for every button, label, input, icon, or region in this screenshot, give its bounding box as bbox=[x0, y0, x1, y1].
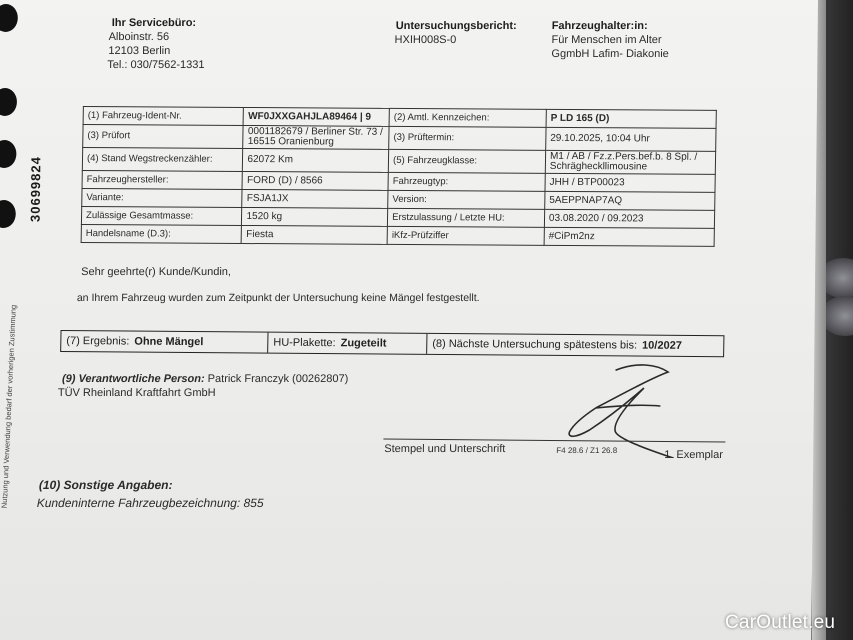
next-inspection-value: 10/2027 bbox=[642, 340, 682, 352]
signature-scribble bbox=[555, 358, 736, 458]
table-cell-r-label: (5) Fahrzeugklasse: bbox=[388, 149, 545, 173]
table-row: Handelsname (D.3):FiestaiKfz-Prüfziffer#… bbox=[81, 225, 714, 247]
vehicle-data-table: (1) Fahrzeug-Ident-Nr.WF0JXXGAHJLA89464 … bbox=[81, 106, 717, 247]
table-cell-r-value: 5AEPPNAP7AQ bbox=[545, 191, 715, 210]
table-cell-r-value: #CiPm2nz bbox=[544, 227, 714, 246]
report-title: Untersuchungsbericht: bbox=[396, 20, 517, 32]
owner-line-1: Für Menschen im Alter bbox=[552, 34, 662, 46]
service-office-city: 12103 Berlin bbox=[108, 45, 170, 57]
table-cell-r-value: P LD 165 (D) bbox=[546, 109, 716, 128]
margin-note: Nutzung und Verwendung bedarf der vorher… bbox=[0, 305, 18, 509]
table-cell-r-value: 29.10.2025, 10:04 Uhr bbox=[546, 127, 716, 151]
responsible-name: Patrick Franczyk (00262807) bbox=[208, 373, 349, 385]
service-office-street: Alboinstr. 56 bbox=[109, 31, 170, 43]
inspection-report-page: Ihr Servicebüro: Alboinstr. 56 12103 Ber… bbox=[0, 0, 818, 640]
table-cell-l-label: (3) Prüfort bbox=[83, 125, 244, 149]
punch-hole bbox=[0, 88, 17, 116]
form-code: F4 28.6 / Z1 26.8 bbox=[556, 446, 617, 455]
signature-label: Stempel und Unterschrift bbox=[384, 443, 505, 455]
result-box: (7) Ergebnis: Ohne Mängel HU-Plakette: Z… bbox=[60, 330, 724, 357]
plakette-label: HU-Plakette: bbox=[273, 337, 336, 349]
responsible-person: (9) Verantwortliche Person: Patrick Fran… bbox=[62, 373, 348, 385]
plakette-value: Zugeteilt bbox=[341, 337, 387, 349]
table-cell-l-value: 62072 Km bbox=[243, 148, 389, 172]
punch-hole bbox=[0, 4, 18, 32]
table-cell-l-label: Variante: bbox=[82, 189, 243, 208]
table-cell-l-value: 1520 kg bbox=[242, 207, 388, 226]
report-number: HXIH008S-0 bbox=[395, 34, 457, 46]
table-cell-l-value: 0001182679 / Berliner Str. 73 / 16515 Or… bbox=[243, 125, 389, 149]
other-info-text: Kundeninterne Fahrzeugbezeichnung: 855 bbox=[37, 496, 264, 510]
table-cell-l-label: (1) Fahrzeug-Ident-Nr. bbox=[83, 107, 244, 126]
copy-label: 1. Exemplar bbox=[664, 449, 723, 461]
table-cell-l-label: (4) Stand Wegstreckenzähler: bbox=[82, 148, 243, 172]
table-cell-l-label: Zulässige Gesamtmasse: bbox=[81, 207, 242, 226]
owner-line-2: GgmbH Lafim- Diakonie bbox=[551, 48, 669, 60]
table-cell-r-label: Fahrzeugtyp: bbox=[388, 172, 545, 191]
table-cell-r-value: JHH / BTP00023 bbox=[545, 173, 715, 192]
table-cell-l-value: FORD (D) / 8566 bbox=[242, 171, 388, 190]
table-cell-l-value: Fiesta bbox=[242, 225, 388, 244]
table-cell-r-label: (2) Amtl. Kennzeichen: bbox=[389, 108, 546, 127]
service-office-title: Ihr Servicebüro: bbox=[112, 17, 196, 29]
table-cell-l-label: Fahrzeughersteller: bbox=[82, 171, 243, 190]
result-label: (7) Ergebnis: bbox=[66, 335, 129, 347]
plakette-cell: HU-Plakette: Zugeteilt bbox=[268, 333, 427, 354]
responsible-label: (9) Verantwortliche Person: bbox=[62, 373, 205, 385]
responsible-company: TÜV Rheinland Kraftfahrt GmbH bbox=[58, 387, 216, 399]
caroutlet-watermark: CarOutlet.eu bbox=[725, 612, 835, 634]
next-inspection-cell: (8) Nächste Untersuchung spätestens bis:… bbox=[427, 334, 723, 356]
owner-title: Fahrzeughalter:in: bbox=[552, 20, 648, 32]
result-cell: (7) Ergebnis: Ohne Mängel bbox=[61, 331, 268, 353]
table-cell-r-label: (3) Prüftermin: bbox=[389, 126, 546, 150]
table-cell-r-label: Erstzulassung / Letzte HU: bbox=[388, 208, 545, 227]
next-inspection-label: (8) Nächste Untersuchung spätestens bis: bbox=[432, 338, 637, 352]
punch-hole bbox=[0, 200, 16, 228]
other-info-label: (10) Sonstige Angaben: bbox=[39, 478, 173, 492]
result-value: Ohne Mängel bbox=[134, 336, 203, 349]
table-cell-r-value: M1 / AB / Fz.z.Pers.bef.b. 8 Spl. / Schr… bbox=[545, 150, 715, 174]
table-cell-r-label: Version: bbox=[388, 190, 545, 209]
greeting: Sehr geehrte(r) Kunde/Kundin, bbox=[81, 266, 231, 278]
punch-hole bbox=[0, 140, 17, 168]
service-office-phone: Tel.: 030/7562-1331 bbox=[107, 59, 204, 71]
inspection-statement: an Ihrem Fahrzeug wurden zum Zeitpunkt d… bbox=[77, 292, 480, 304]
table-cell-l-value: WF0JXXGAHJLA89464 | 9 bbox=[244, 107, 390, 126]
table-cell-l-label: Handelsname (D.3): bbox=[81, 225, 242, 244]
table-cell-r-label: iKfz-Prüfziffer bbox=[387, 226, 544, 245]
table-cell-r-value: 03.08.2020 / 09.2023 bbox=[544, 209, 714, 228]
table-cell-l-value: FSJA1JX bbox=[242, 189, 388, 208]
document-number: 30699824 bbox=[28, 156, 44, 222]
